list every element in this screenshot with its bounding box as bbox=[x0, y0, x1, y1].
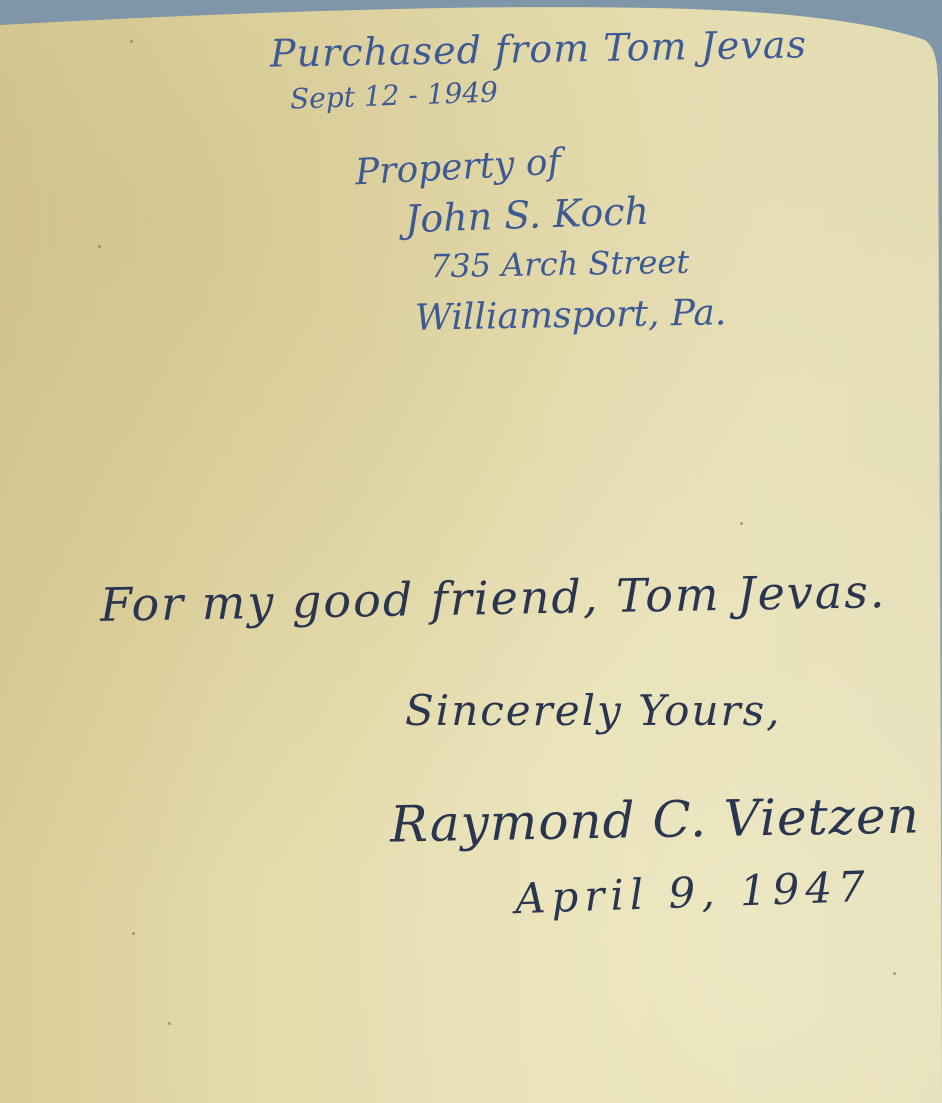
owner-city: Williamsport, Pa. bbox=[415, 295, 727, 336]
owner-name: John S. Koch bbox=[404, 192, 649, 238]
dedication-date: April 9, 1947 bbox=[514, 866, 871, 920]
paper-speck bbox=[98, 245, 101, 248]
owner-street: 735 Arch Street bbox=[430, 246, 690, 283]
paper-speck bbox=[168, 1022, 171, 1025]
purchase-line: Purchased from Tom Jevas bbox=[270, 25, 808, 72]
paper-speck bbox=[130, 40, 133, 43]
property-heading: Property of bbox=[354, 145, 562, 192]
paper-speck bbox=[893, 972, 896, 975]
paper-speck bbox=[132, 932, 135, 935]
book-endpaper: Purchased from Tom Jevas Sept 12 - 1949 … bbox=[0, 0, 942, 1103]
signature: Raymond C. Vietzen bbox=[390, 790, 921, 849]
dedication-closing: Sincerely Yours, bbox=[405, 690, 781, 732]
paper-speck bbox=[740, 522, 743, 525]
dedication-greeting: For my good friend, Tom Jevas. bbox=[100, 568, 887, 628]
purchase-date: Sept 12 - 1949 bbox=[290, 78, 499, 113]
